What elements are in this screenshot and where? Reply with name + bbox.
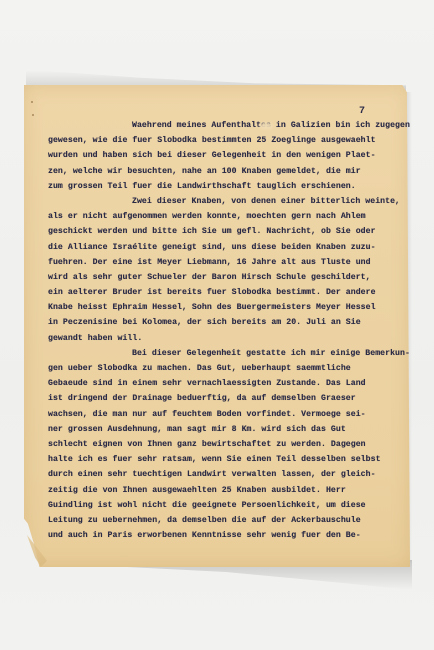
paper-speck (32, 114, 34, 116)
text-line: fuehren. Der eine ist Meyer Liebmann, 16… (48, 255, 390, 270)
ink-smudge (257, 121, 275, 131)
text-line: die Alliance Israélite geneigt sind, uns… (48, 240, 390, 255)
text-line: ist dringend der Drainage beduerftig, da… (48, 391, 390, 406)
text-line: als er nicht aufgenommen werden konnte, … (48, 209, 390, 224)
text-line: schlecht eignen von Ihnen ganz bewirtsch… (48, 437, 390, 452)
text-line: in Peczenisine bei Kolomea, der sich ber… (48, 315, 390, 330)
text-line: gewandt haben will. (48, 331, 390, 346)
text-line: gen ueber Slobodka zu machen. Das Gut, u… (48, 361, 390, 376)
text-line: Knabe heisst Ephraim Hessel, Sohn des Bu… (48, 300, 390, 315)
text-line: wachsen, die man nur auf feuchtem Boden … (48, 407, 390, 422)
text-line: geschickt werden und bitte ich Sie um ge… (48, 224, 390, 239)
text-line: Leitung zu uebernehmen, da demselben die… (48, 513, 390, 528)
letter-body: Waehrend meines Aufenthaltes in Galizien… (90, 118, 390, 543)
text-line: zum grossen Teil fuer die Landwirthschaf… (48, 179, 390, 194)
paper-speck (31, 101, 33, 103)
text-line: zen, welche wir besuchten, nahe an 100 K… (48, 164, 390, 179)
text-line: ein aelterer Bruder ist bereits fuer Slo… (48, 285, 390, 300)
text-line: und auch in Paris erworbenen Kenntnisse … (48, 528, 390, 543)
text-line: wird als sehr guter Schueler der Baron H… (48, 270, 390, 285)
text-line: halte ich es fuer sehr ratsam, wenn Sie … (48, 452, 390, 467)
text-line: Zwei dieser Knaben, von denen einer bitt… (90, 194, 390, 209)
text-line: gewesen, wie die fuer Slobodka bestimmte… (48, 133, 390, 148)
text-line: wurden und haben sich bei dieser Gelegen… (48, 148, 390, 163)
text-line: Bei dieser Gelegenheit gestatte ich mir … (90, 346, 390, 361)
text-line: ner grossen Ausdehnung, man sagt mir 8 K… (48, 422, 390, 437)
page-number: 7 (359, 106, 365, 117)
text-line: zeitig die von Ihnen ausgewaehlten 25 Kn… (48, 483, 390, 498)
text-line: Gebaeude sind in einem sehr vernachlaess… (48, 376, 390, 391)
text-line: Guindling ist wohl nicht die geeignete P… (48, 498, 390, 513)
text-line: Waehrend meines Aufenthaltes in Galizien… (90, 118, 390, 133)
text-line: durch einen sehr tuechtigen Landwirt ver… (48, 467, 390, 482)
